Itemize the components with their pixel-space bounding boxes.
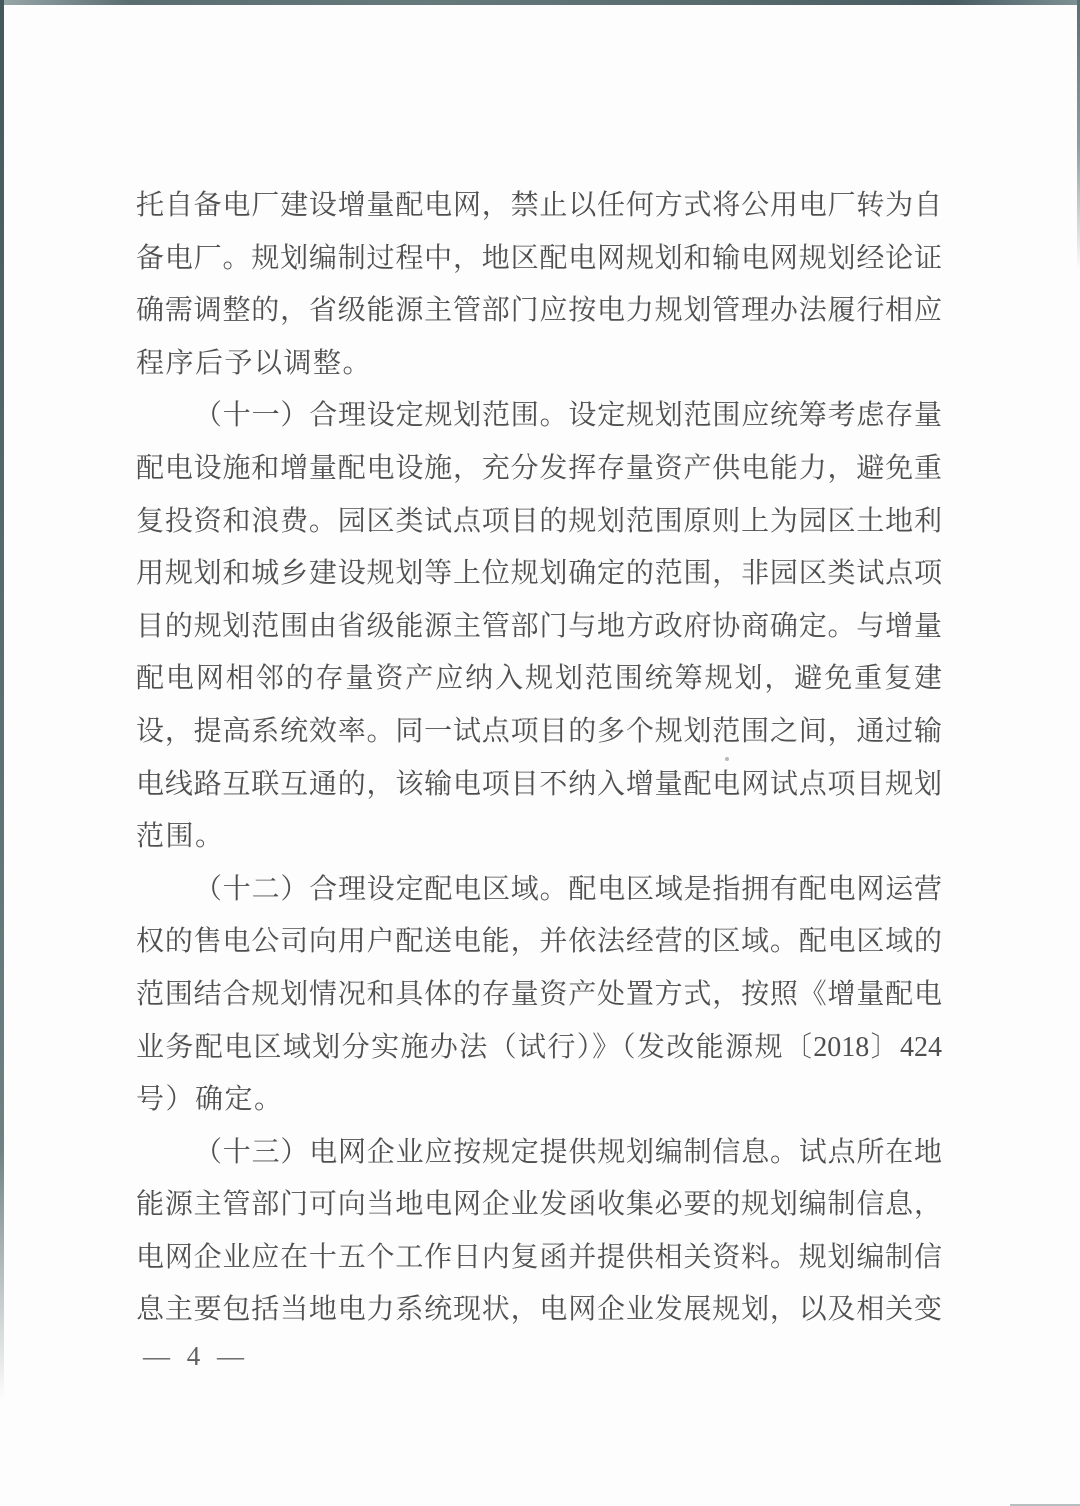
text-line: 配电设施和增量配电设施，充分发挥存量资产供电能力，避免重 xyxy=(136,443,942,496)
text-line: 确需调整的，省级能源主管部门应按电力规划管理办法履行相应 xyxy=(136,285,942,338)
text-line: （十三）电网企业应按规定提供规划编制信息。试点所在地 xyxy=(136,1127,942,1180)
text-line: 电线路互联互通的，该输电项目不纳入增量配电网试点项目规划 xyxy=(136,759,942,812)
document-body: 托自备电厂建设增量配电网，禁止以任何方式将公用电厂转为自 备电厂。规划编制过程中… xyxy=(136,180,942,1337)
text-line: 范围。 xyxy=(136,811,942,864)
text-line: 权的售电公司向用户配送电能，并依法经营的区域。配电区域的 xyxy=(136,916,942,969)
text-line: 号）确定。 xyxy=(136,1074,942,1127)
text-line: 设，提高系统效率。同一试点项目的多个规划范围之间，通过输 xyxy=(136,706,942,759)
text-line: 备电厂。规划编制过程中，地区配电网规划和输电网规划经论证 xyxy=(136,233,942,286)
paragraph-continuation: 托自备电厂建设增量配电网，禁止以任何方式将公用电厂转为自 备电厂。规划编制过程中… xyxy=(136,180,942,390)
text-line: 业务配电区域划分实施办法（试行）》（发改能源规〔2018〕424 xyxy=(136,1022,942,1075)
text-line: 息主要包括当地电力系统现状，电网企业发展规划，以及相关变 xyxy=(136,1284,942,1337)
scanned-page: 托自备电厂建设增量配电网，禁止以任何方式将公用电厂转为自 备电厂。规划编制过程中… xyxy=(0,0,1080,1506)
page-number: — 4 — xyxy=(143,1336,249,1376)
scan-edge-top xyxy=(0,0,1080,5)
text-line: 用规划和城乡建设规划等上位规划确定的范围，非园区类试点项 xyxy=(136,548,942,601)
text-line: 配电网相邻的存量资产应纳入规划范围统筹规划，避免重复建 xyxy=(136,653,942,706)
text-line: 程序后予以调整。 xyxy=(136,338,942,391)
text-line: 托自备电厂建设增量配电网，禁止以任何方式将公用电厂转为自 xyxy=(136,180,942,233)
text-line: 目的规划范围由省级能源主管部门与地方政府协商确定。与增量 xyxy=(136,601,942,654)
paragraph-item-12: （十二）合理设定配电区域。配电区域是指拥有配电网运营 权的售电公司向用户配送电能… xyxy=(136,864,942,1127)
text-line: 能源主管部门可向当地电网企业发函收集必要的规划编制信息， xyxy=(136,1179,942,1232)
text-line: 范围结合规划情况和具体的存量资产处置方式，按照《增量配电 xyxy=(136,969,942,1022)
paragraph-item-13: （十三）电网企业应按规定提供规划编制信息。试点所在地 能源主管部门可向当地电网企… xyxy=(136,1127,942,1337)
text-line: 复投资和浪费。园区类试点项目的规划范围原则上为园区土地利 xyxy=(136,496,942,549)
scan-edge-left xyxy=(0,0,4,1400)
text-line: 电网企业应在十五个工作日内复函并提供相关资料。规划编制信 xyxy=(136,1232,942,1285)
text-line: （十一）合理设定规划范围。设定规划范围应统筹考虑存量 xyxy=(136,390,942,443)
text-line: （十二）合理设定配电区域。配电区域是指拥有配电网运营 xyxy=(136,864,942,917)
paragraph-item-11: （十一）合理设定规划范围。设定规划范围应统筹考虑存量 配电设施和增量配电设施，充… xyxy=(136,390,942,863)
